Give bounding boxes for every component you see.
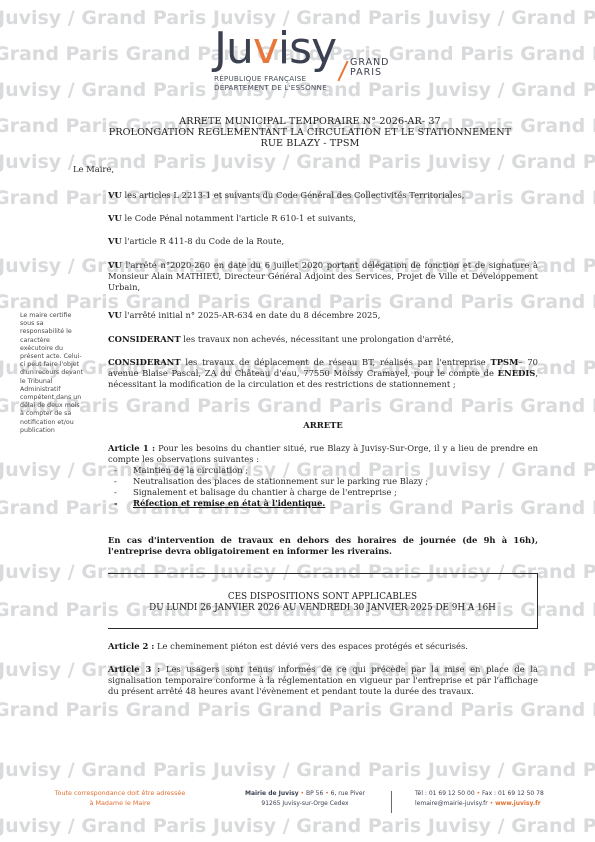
considerant-clause-2: CONSIDERANT les travaux de déplacement d… — [108, 357, 538, 390]
list-item: Neutralisation des places de stationneme… — [108, 476, 538, 487]
arrete-heading: ARRETE — [108, 420, 538, 431]
vu-clause-1: VU les articles L 2213-1 et suivants du … — [108, 190, 538, 201]
document-page: Juvisy GRAND PARIS RÉPUBLIQUE FRANÇAISE … — [0, 0, 595, 842]
footer-correspondence: Toute correspondance doit être adressée … — [30, 789, 210, 808]
vu-clause-4: VU l'arrêté n°2020-260 en date du 6 juil… — [108, 260, 538, 293]
logo-subtitle: RÉPUBLIQUE FRANÇAISE DÉPARTEMENT DE L'ES… — [214, 74, 327, 92]
article-2: Article 2 : Le cheminement piéton est dé… — [108, 641, 538, 652]
website-link[interactable]: www.juvisy.fr — [495, 800, 541, 807]
logo-grand-paris: GRAND PARIS — [350, 58, 390, 78]
vu-clause-5: VU l'arrêté initial n° 2025-AR-634 en da… — [108, 310, 538, 321]
list-item: Réfection et remise en état à l'identiqu… — [108, 498, 538, 509]
vu-clause-3: VU l'article R 411-8 du Code de la Route… — [108, 236, 538, 247]
article-1: Article 1 : Pour les besoins du chantier… — [108, 443, 538, 509]
vu-clause-2: VU le Code Pénal notamment l'article R 6… — [108, 213, 538, 224]
footer-contact: Tél : 01 69 12 50 00 • Fax : 01 69 12 50… — [415, 789, 590, 808]
footer-address: Mairie de Juvisy • BP 56 • 6, rue Piver … — [232, 789, 378, 808]
logo-slash — [337, 61, 348, 82]
list-item: Signalement et balisage du chantier à ch… — [108, 487, 538, 498]
footer-divider — [391, 791, 392, 813]
logo-wordmark: Juvisy — [214, 24, 336, 74]
juvisy-logo: Juvisy GRAND PARIS RÉPUBLIQUE FRANÇAISE … — [214, 24, 394, 96]
considerant-clause-1: CONSIDERANT les travaux non achevés, néc… — [108, 334, 538, 345]
footer: Toute correspondance doit être adressée … — [0, 789, 595, 819]
salutation: Le Maire, — [73, 164, 114, 175]
intervention-notice: En cas d'intervention de travaux en deho… — [108, 535, 538, 557]
legal-side-note: Le maire certifie sous sa responsabilité… — [20, 312, 84, 435]
article-3: Article 3 : Les usagers sont tenus infor… — [108, 664, 538, 697]
applicability-box: CES DISPOSITIONS SONT APPLICABLES DU LUN… — [108, 573, 538, 629]
email-link[interactable]: lemaire@mairie-juvisy.fr — [415, 800, 488, 807]
list-item: Maintien de la circulation ; — [108, 465, 538, 476]
document-title: ARRETE MUNICIPAL TEMPORAIRE N° 2026-AR- … — [90, 116, 530, 149]
article-1-list: Maintien de la circulation ; Neutralisat… — [108, 465, 538, 509]
